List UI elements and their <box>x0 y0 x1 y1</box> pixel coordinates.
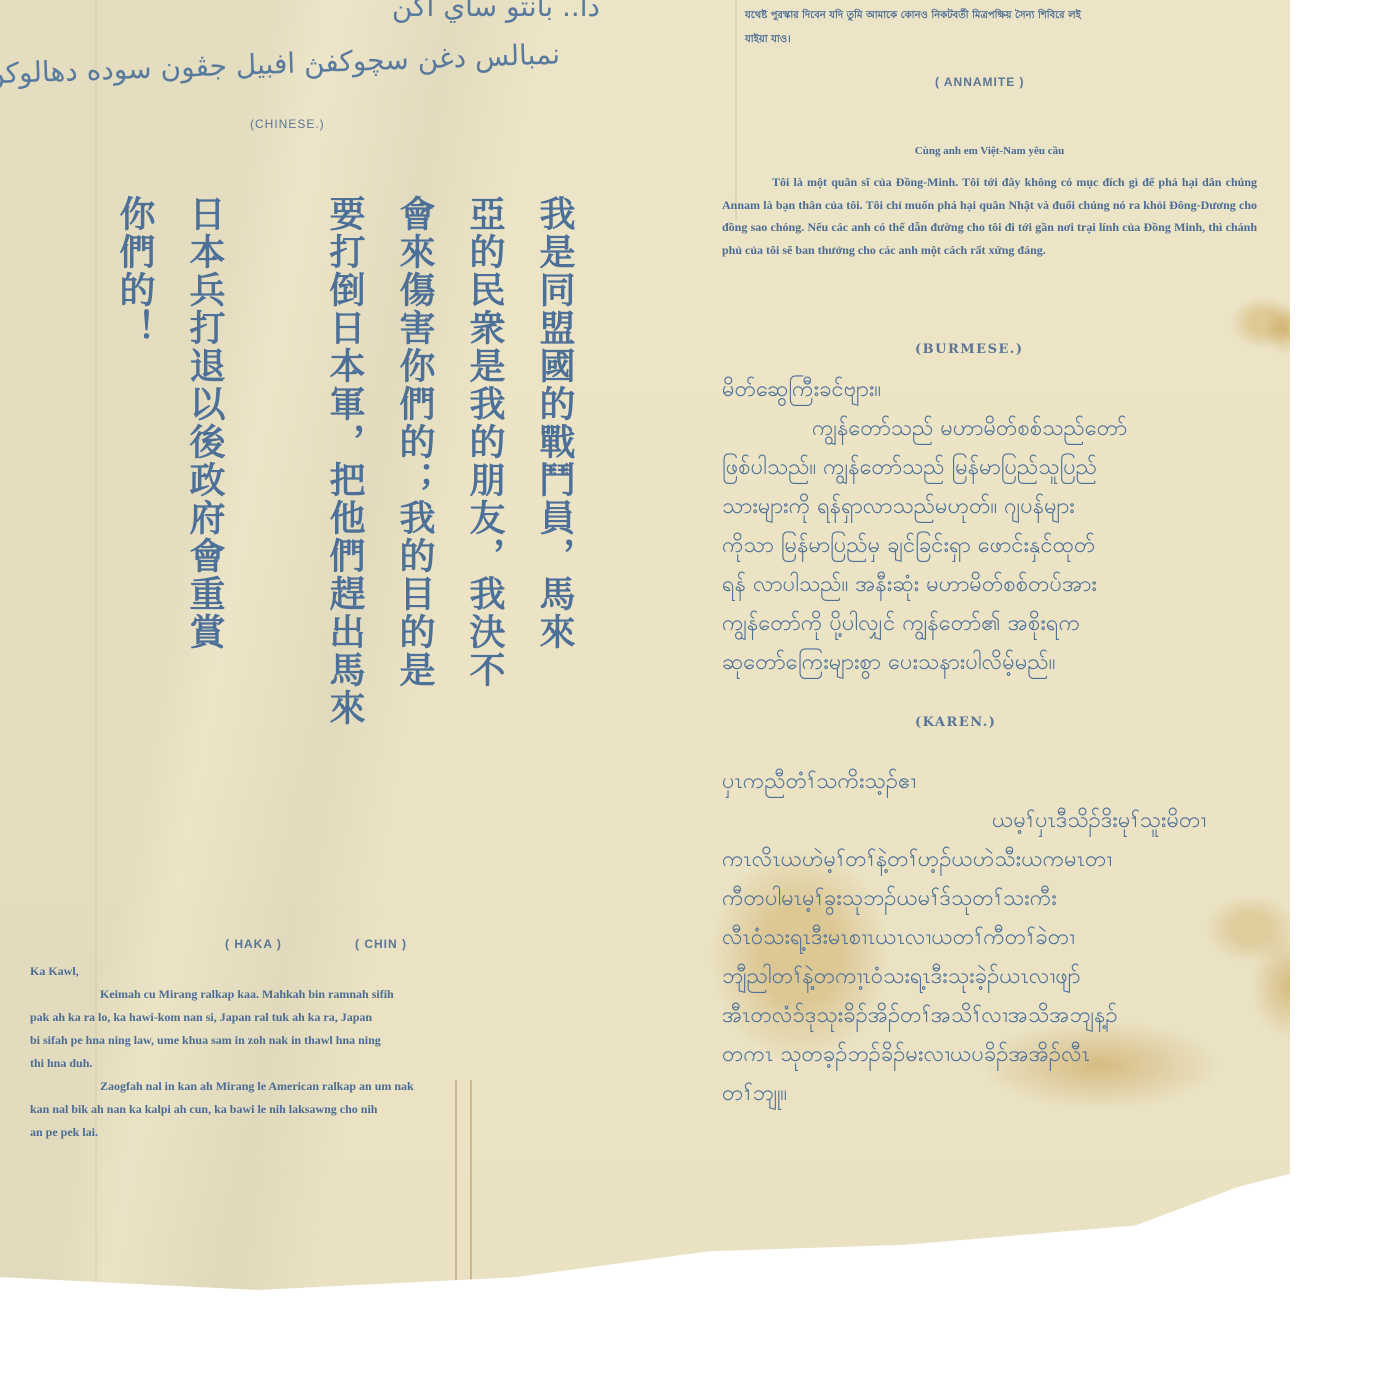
haka-line: Zaogfah nal in kan ah Mirang le American… <box>30 1075 605 1098</box>
chinese-column: 日本兵打退以後政府會重賞 <box>180 195 228 885</box>
chinese-heading: (CHINESE.) <box>250 117 325 131</box>
karen-line: ယမ့ၢ်ပှၤဒီသိၣ်ဒိးမုၢ်သူးမိတၢ <box>722 801 1282 840</box>
burmese-line: ကိုသာ မြန်မာပြည်မှ ချင်ခြင်းရှာ ဖောင်းနှ… <box>722 526 1267 565</box>
water-stain <box>1265 305 1305 355</box>
chinese-column: 你們的！ <box>110 195 158 885</box>
chinese-column: 我是同盟國的戰鬥員，馬來 <box>530 195 578 885</box>
karen-line: ကီတပါမၤမ့ၢ်ခွးသုဘၣ်ယမၢ်ဒ်သုတၢ်သးကီး <box>722 879 1282 918</box>
annamite-text-block: Cùng anh em Việt-Nam yêu cầu Tôi là một … <box>722 145 1257 261</box>
burmese-line: ရန် လာပါသည်။ အနီးဆုံး မဟာမိတ်စစ်တပ်အား <box>722 565 1267 604</box>
haka-line: an pe pek lai. <box>30 1121 605 1144</box>
chin-heading: ( CHIN ) <box>355 937 407 951</box>
karen-line: လီၤဝံသးရ့ၤဒီးမၤစၢၤယၤလၢယတၢ်ကီတၢ်ခဲတၢ <box>722 918 1282 957</box>
karen-line: အီၤတလံၥ်ဒုသုးခိၣ်အိၣ်တၢ်အသိၢ်လၢအသိအဘျန့ၣ… <box>722 996 1282 1035</box>
annamite-paragraph: Tôi là một quân sĩ của Đồng-Minh. Tôi tớ… <box>722 171 1257 261</box>
haka-heading: ( HAKA ) <box>225 937 282 951</box>
karen-salutation: ပှၤကညီတံၢ်သကိးသ့ၣ်ဧၢ <box>722 762 1282 801</box>
burmese-heading: (BURMESE.) <box>915 342 1024 357</box>
chinese-text-block: 我是同盟國的戰鬥員，馬來 亞的民衆是我的朋友，我決不 會來傷害你們的；我的目的是… <box>110 195 578 885</box>
haka-line: thi hna duh. <box>30 1052 605 1075</box>
haka-chin-text-block: Ka Kawl, Keimah cu Mirang ralkap kaa. Ma… <box>30 960 605 1144</box>
haka-line: pak ah ka ra lo, ka hawi-kom nan si, Jap… <box>30 1006 605 1029</box>
karen-line: ကၤလိၤယဟဲမ့ၢ်တၢ်နဲ့တၢ်ဟ့ၣ်ယဟဲသီးယကမၤတၢ <box>722 840 1282 879</box>
burmese-line: သားများကို ရန်ရှာလာသည်မဟုတ်။ ဂျပန်များ <box>722 487 1267 526</box>
karen-line: ဘျီညါတၢ်နဲ့တကၢ့ၤဝံသးရ့ၤဒီးသုးခဲ့ၣ်ယၤလၢဖျ… <box>722 957 1282 996</box>
burmese-line: ကျွန်တော်ကို ပို့ပါလျှင် ကျွန်တော်၏ အစို… <box>722 604 1267 643</box>
burmese-line: ဖြစ်ပါသည်။ ကျွန်တော်သည် မြန်မာပြည်သူပြည် <box>722 448 1267 487</box>
chinese-column: 亞的民衆是我的朋友，我決不 <box>460 195 508 885</box>
burmese-salutation: မိတ်ဆွေကြီးခင်ဗျား။ <box>722 370 1267 409</box>
karen-line: တကၤ သုတခ့ၣ်ဘၣ်ခိၣ်မးလၢယပခိၣ်အအိၣ်လီၤ <box>722 1035 1282 1074</box>
cloth-document: دا.. بانتو ساي اكن نمبالس دغن سچوكفڽ افب… <box>0 0 1290 1290</box>
jawi-line: نمبالس دغن سچوكفڽ افبيل جڤون سوده دهالوك… <box>0 30 601 97</box>
bengali-text-block: যথেষ্ট পুরস্কার দিবেন যদি তুমি আমাকে কোন… <box>745 4 1255 52</box>
karen-text-block: ပှၤကညီတံၢ်သကိးသ့ၣ်ဧၢ ယမ့ၢ်ပှၤဒီသိၣ်ဒိးမု… <box>722 762 1282 1113</box>
haka-line: kan nal bik ah nan ka kalpi ah cun, ka b… <box>30 1098 605 1121</box>
haka-line: Keimah cu Mirang ralkap kaa. Mahkah bin … <box>30 983 605 1006</box>
annamite-salutation: Cùng anh em Việt-Nam yêu cầu <box>722 145 1257 157</box>
annamite-heading: ( ANNAMITE ) <box>935 75 1025 89</box>
haka-line: bi sifah pe hna ning law, ume khua sam i… <box>30 1029 605 1052</box>
bengali-line: যথেষ্ট পুরস্কার দিবেন যদি তুমি আমাকে কোন… <box>745 4 1255 28</box>
karen-line: တၢ်ဘျု။ <box>722 1074 1282 1113</box>
chinese-column: 會來傷害你們的；我的目的是 <box>390 195 438 885</box>
jawi-text-block: دا.. بانتو ساي اكن نمبالس دغن سچوكفڽ افب… <box>0 0 600 76</box>
haka-salutation: Ka Kawl, <box>30 960 605 983</box>
jawi-line: دا.. بانتو ساي اكن <box>0 0 600 30</box>
burmese-line: ဆုတော်ကြေးများစွာ ပေးသနားပါလိမ့်မည်။ <box>722 643 1267 682</box>
burmese-line: ကျွန်တော်သည် မဟာမိတ်စစ်သည်တော် <box>722 409 1267 448</box>
chinese-column: 要打倒日本軍，把他們趕出馬來 <box>320 195 368 885</box>
karen-heading: (KAREN.) <box>915 715 996 730</box>
burmese-text-block: မိတ်ဆွေကြီးခင်ဗျား။ ကျွန်တော်သည် မဟာမိတ်… <box>722 370 1267 682</box>
bengali-line: যাইয়া যাও। <box>745 28 1255 52</box>
